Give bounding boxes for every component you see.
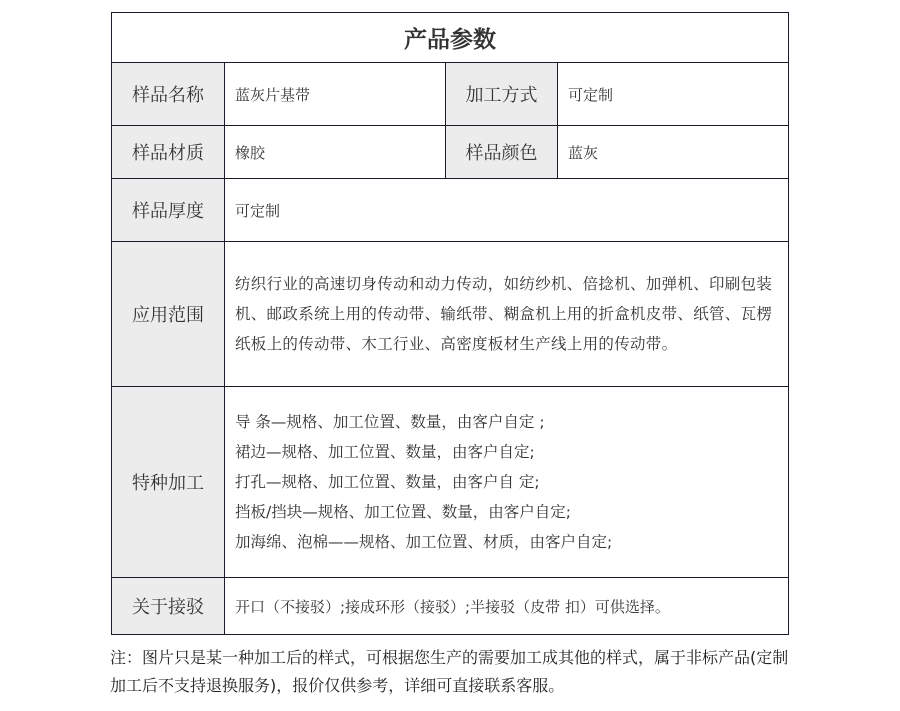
value-color: 蓝灰 [558,126,789,179]
label-process: 加工方式 [446,63,558,126]
label-color: 样品颜色 [446,126,558,179]
special-item: 裙边—规格、加工位置、数量，由客户自定; [235,437,780,467]
label-special: 特种加工 [112,387,225,578]
title-row: 产品参数 [112,13,789,63]
special-item: 打孔—规格、加工位置、数量，由客户自 定; [235,467,780,497]
special-item: 加海绵、泡棉——规格、加工位置、材质，由客户自定; [235,527,780,557]
special-item: 挡板/挡块—规格、加工位置、数量，由客户自定; [235,497,780,527]
value-splice: 开口（不接驳）;接成环形（接驳）;半接驳（皮带 扣）可供选择。 [225,578,789,635]
value-thickness: 可定制 [225,179,789,242]
label-material: 样品材质 [112,126,225,179]
table-row: 特种加工 导 条—规格、加工位置、数量，由客户自定 ; 裙边—规格、加工位置、数… [112,387,789,578]
product-params-table: 产品参数 样品名称 蓝灰片基带 加工方式 可定制 样品材质 橡胶 样品颜色 蓝灰… [111,12,789,635]
table-row: 样品厚度 可定制 [112,179,789,242]
value-application: 纺织行业的高速切身传动和动力传动，如纺纱机、倍捻机、加弹机、印刷包装机、邮政系统… [225,242,789,387]
special-item: 导 条—规格、加工位置、数量，由客户自定 ; [235,407,780,437]
table-row: 关于接驳 开口（不接驳）;接成环形（接驳）;半接驳（皮带 扣）可供选择。 [112,578,789,635]
value-process: 可定制 [558,63,789,126]
label-name: 样品名称 [112,63,225,126]
label-splice: 关于接驳 [112,578,225,635]
table-row: 样品名称 蓝灰片基带 加工方式 可定制 [112,63,789,126]
table-title: 产品参数 [112,13,789,63]
label-thickness: 样品厚度 [112,179,225,242]
value-special: 导 条—规格、加工位置、数量，由客户自定 ; 裙边—规格、加工位置、数量，由客户… [225,387,789,578]
value-material: 橡胶 [225,126,446,179]
table-row: 样品材质 橡胶 样品颜色 蓝灰 [112,126,789,179]
label-application: 应用范围 [112,242,225,387]
table-row: 应用范围 纺织行业的高速切身传动和动力传动，如纺纱机、倍捻机、加弹机、印刷包装机… [112,242,789,387]
footnote: 注：图片只是某一种加工后的样式，可根据您生产的需要加工成其他的样式，属于非标产品… [110,644,800,700]
value-name: 蓝灰片基带 [225,63,446,126]
